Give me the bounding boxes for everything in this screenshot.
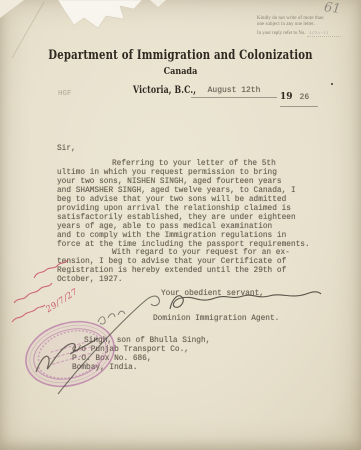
recipient-address-line: c/o Punjab Transport Co.,	[72, 346, 189, 354]
typed-year: 26	[300, 93, 310, 102]
paragraph2-line: October, 1927.	[57, 276, 290, 285]
year-group: 19 26	[280, 86, 318, 107]
printed-notice: Kindly do not write of more than one sub…	[257, 16, 357, 27]
paragraph1-line: Referring to your letter of the 5th	[57, 160, 310, 169]
closing-line: Your obedient servant,	[161, 290, 264, 298]
paragraph1-line: and to comply with the Immigration regul…	[57, 232, 310, 241]
torn-corner-left	[0, 0, 24, 18]
paragraph1-line: your two sons, NISHEN SINGH, aged fourte…	[57, 178, 310, 187]
typist-initials: HGF	[58, 90, 72, 98]
torn-patch-top	[58, 0, 142, 28]
body-paragraph-1: Referring to your letter of the 5th ulti…	[57, 160, 310, 250]
reference-row: In your reply refer to No. 3295-31	[257, 31, 341, 37]
paragraph2-line: tension, I beg to advise that your Certi…	[57, 258, 290, 267]
printed-year-prefix: 19	[280, 92, 293, 102]
notice-line-2: one subject in any one letter.	[257, 22, 357, 28]
salutation: Sir,	[57, 145, 76, 153]
paragraph1-line: satisfactorily established, they are und…	[57, 214, 310, 223]
torn-patch-small	[150, 0, 166, 7]
recipient-address-line: P.O. Box No. 686,	[72, 355, 152, 363]
body-paragraph-2: With regard to your request for an ex- t…	[57, 249, 290, 285]
paragraph1-line: providing upon arrival the relationship …	[57, 205, 310, 214]
recipient-name-line: Singh, son of Bhulla Singh,	[84, 337, 210, 345]
reference-label: In your reply refer to No.	[257, 31, 305, 36]
paragraph1-line: beg to advise that your two sons will be…	[57, 196, 310, 205]
typed-date: August 12th	[191, 86, 277, 98]
paragraph2-line: Registration is hereby extended until th…	[57, 267, 290, 276]
paragraph1-line: ultimo in which you request permission t…	[57, 169, 310, 178]
paragraph2-line: With regard to your request for an ex-	[57, 249, 290, 258]
red-handwritten-date: 29/7/27	[44, 287, 80, 315]
ink-check-marks	[98, 311, 125, 324]
letterhead-place: Victoria, B.C.,	[133, 85, 196, 96]
signer-title: Dominion Immigration Agent.	[153, 315, 279, 323]
reference-number-stamp: 3295-31	[307, 31, 341, 37]
official-oval-stamp	[18, 312, 122, 396]
recipient-address-line: Bombay, India.	[72, 364, 138, 372]
pencil-page-number: 61	[323, 0, 341, 17]
letterhead-department-title: Department of Immigration and Colonizati…	[40, 48, 322, 63]
ink-speck	[331, 83, 333, 85]
paragraph1-line: and SHAMSHER SINGH, aged twelve years, t…	[57, 187, 310, 196]
paragraph1-line: years of age, able to pass medical exami…	[57, 223, 310, 232]
letterhead-country: Canada	[27, 66, 334, 77]
scanned-letter-page: 61 Kindly do not write of more than one …	[0, 0, 361, 450]
